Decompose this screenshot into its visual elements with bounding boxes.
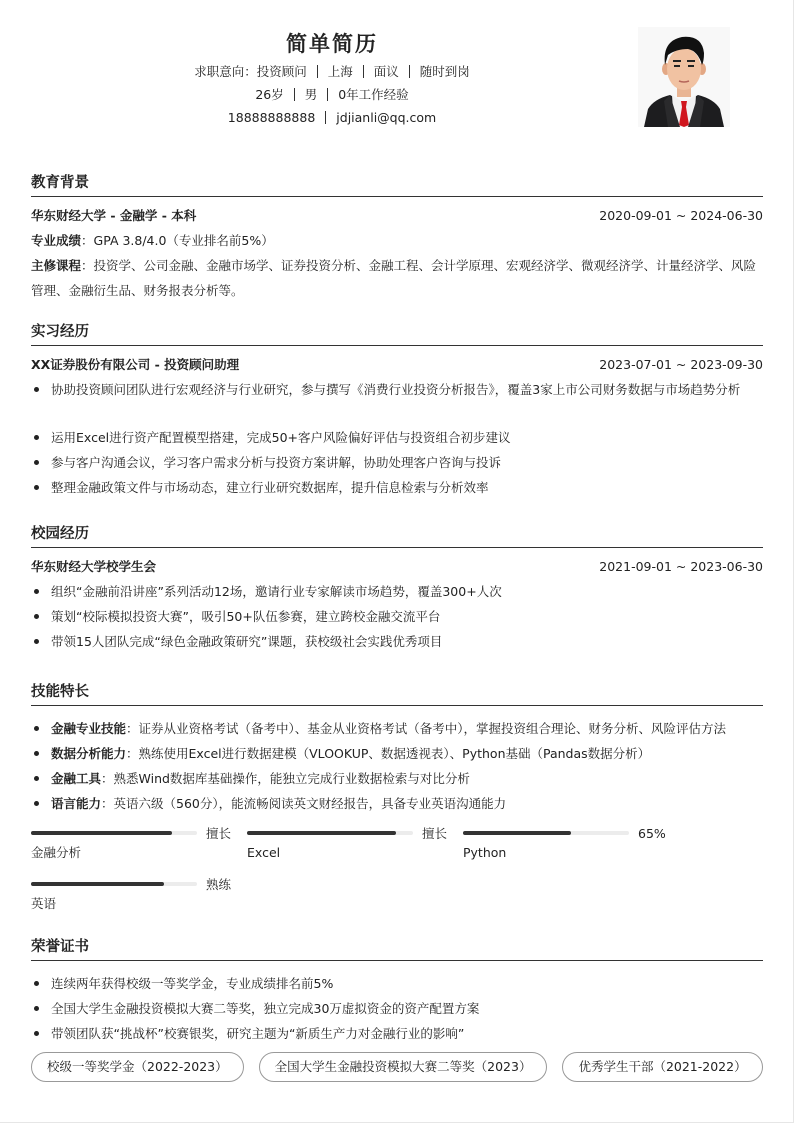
job-intent-city: 上海	[328, 60, 353, 83]
honors-section: 荣誉证书 连续两年获得校级一等奖学金，专业成绩排名前5% 全国大学生金融投资模拟…	[31, 935, 763, 1082]
divider	[409, 65, 410, 78]
education-heading: 华东财经大学 - 金融学 - 本科	[31, 203, 196, 228]
list-item: 金融工具：熟悉Wind数据库基础操作，能独立完成行业数据检索与对比分析	[31, 766, 763, 791]
section-title: 教育背景	[31, 171, 763, 197]
skill-label: 数据分析能力	[51, 746, 126, 761]
courses-value: ：投资学、公司金融、金融市场学、证券投资分析、金融工程、会计学原理、宏观经济学、…	[31, 258, 756, 298]
internship-entry-header: XX证券股份有限公司 - 投资顾问助理 2023-07-01 ~ 2023-09…	[31, 352, 763, 377]
resume-title: 简单简历	[0, 28, 664, 60]
section-title: 技能特长	[31, 680, 763, 706]
skill-label: 金融专业技能	[51, 721, 126, 736]
phone[interactable]: 18888888888	[228, 106, 315, 129]
job-intent-availability: 随时到岗	[420, 60, 470, 83]
list-item: 连续两年获得校级一等奖学金，专业成绩排名前5%	[31, 971, 763, 996]
list-item: 语言能力：英语六级（560分），能流畅阅读英文财经报告，具备专业英语沟通能力	[31, 791, 763, 816]
skill-bar-python: 65% Python	[463, 824, 679, 864]
skill-name: 金融分析	[31, 843, 247, 863]
honors-bullets: 连续两年获得校级一等奖学金，专业成绩排名前5% 全国大学生金融投资模拟大赛二等奖…	[31, 971, 763, 1046]
list-item: 金融专业技能：证券从业资格考试（备考中）、基金从业资格考试（备考中），掌握投资组…	[31, 716, 763, 741]
skill-text: ：熟练使用Excel进行数据建模（VLOOKUP、数据透视表）、Python基础…	[126, 746, 650, 761]
education-entry-header: 华东财经大学 - 金融学 - 本科 2020-09-01 ~ 2024-06-3…	[31, 203, 763, 228]
list-item: 协助投资顾问团队进行宏观经济与行业研究，参与撰写《消费行业投资分析报告》，覆盖3…	[31, 377, 763, 425]
internship-heading: XX证券股份有限公司 - 投资顾问助理	[31, 352, 239, 377]
resume-header: 简单简历 求职意向：投资顾问 上海 面议 随时到岗 26岁 男 0年工作经验 1…	[0, 28, 664, 129]
skill-name: Excel	[247, 843, 463, 863]
divider	[325, 111, 326, 124]
skill-name: 英语	[31, 894, 247, 914]
campus-bullets: 组织“金融前沿讲座”系列活动12场，邀请行业专家解读市场趋势，覆盖300+人次 …	[31, 579, 763, 654]
skill-label: 金融工具	[51, 771, 101, 786]
honor-tag: 优秀学生干部（2021-2022）	[562, 1052, 762, 1082]
skills-section: 技能特长 金融专业技能：证券从业资格考试（备考中）、基金从业资格考试（备考中），…	[31, 680, 763, 914]
resume-page: 简单简历 求职意向：投资顾问 上海 面议 随时到岗 26岁 男 0年工作经验 1…	[0, 0, 794, 1123]
progress-fill	[31, 882, 164, 886]
list-item: 组织“金融前沿讲座”系列活动12场，邀请行业专家解读市场趋势，覆盖300+人次	[31, 579, 763, 604]
skill-bars: 擅长 金融分析 擅长 Excel 65% Python 熟练 英语	[31, 824, 763, 914]
courses-line: 主修课程：投资学、公司金融、金融市场学、证券投资分析、金融工程、会计学原理、宏观…	[31, 253, 763, 303]
personal-info-line: 26岁 男 0年工作经验	[0, 83, 664, 106]
divider	[317, 65, 318, 78]
gpa-label: 专业成绩	[31, 233, 81, 248]
courses-label: 主修课程	[31, 258, 81, 273]
work-experience: 0年工作经验	[338, 83, 408, 106]
internship-bullets: 协助投资顾问团队进行宏观经济与行业研究，参与撰写《消费行业投资分析报告》，覆盖3…	[31, 377, 763, 500]
progress-fill	[31, 831, 172, 835]
section-title: 荣誉证书	[31, 935, 763, 961]
contact-line: 18888888888 jdjianli@qq.com	[0, 106, 664, 129]
list-item: 整理金融政策文件与市场动态，建立行业研究数据库，提升信息检索与分析效率	[31, 475, 763, 500]
honor-tag: 校级一等奖学金（2022-2023）	[31, 1052, 244, 1082]
avatar	[638, 27, 730, 127]
skill-text: ：证券从业资格考试（备考中）、基金从业资格考试（备考中），掌握投资组合理论、财务…	[126, 721, 726, 736]
person-portrait-icon	[638, 27, 730, 127]
education-date: 2020-09-01 ~ 2024-06-30	[599, 203, 763, 228]
skill-bar-english: 熟练 英语	[31, 875, 247, 915]
skill-text: ：英语六级（560分），能流畅阅读英文财经报告，具备专业英语沟通能力	[101, 796, 506, 811]
gpa-value: ：GPA 3.8/4.0（专业排名前5%）	[81, 233, 274, 248]
campus-section: 校园经历 华东财经大学校学生会 2021-09-01 ~ 2023-06-30 …	[31, 522, 763, 654]
skill-level: 熟练	[206, 875, 231, 893]
campus-date: 2021-09-01 ~ 2023-06-30	[599, 554, 763, 579]
campus-entry-header: 华东财经大学校学生会 2021-09-01 ~ 2023-06-30	[31, 554, 763, 579]
list-item: 数据分析能力：熟练使用Excel进行数据建模（VLOOKUP、数据透视表）、Py…	[31, 741, 763, 766]
email[interactable]: jdjianli@qq.com	[336, 106, 436, 129]
education-section: 教育背景 华东财经大学 - 金融学 - 本科 2020-09-01 ~ 2024…	[31, 171, 763, 303]
skills-bullets: 金融专业技能：证券从业资格考试（备考中）、基金从业资格考试（备考中），掌握投资组…	[31, 716, 763, 816]
progress-fill	[247, 831, 396, 835]
section-title: 校园经历	[31, 522, 763, 548]
section-title: 实习经历	[31, 320, 763, 346]
divider	[363, 65, 364, 78]
progress-track	[31, 831, 197, 835]
skill-level: 65%	[638, 826, 666, 841]
progress-track	[31, 882, 197, 886]
list-item: 策划“校际模拟投资大赛”，吸引50+队伍参赛，建立跨校金融交流平台	[31, 604, 763, 629]
skill-level: 擅长	[206, 824, 231, 842]
skill-bar-excel: 擅长 Excel	[247, 824, 463, 864]
divider	[294, 88, 295, 101]
list-item: 带领15人团队完成“绿色金融政策研究”课题，获校级社会实践优秀项目	[31, 629, 763, 654]
list-item: 参与客户沟通会议，学习客户需求分析与投资方案讲解，协助处理客户咨询与投诉	[31, 450, 763, 475]
age: 26岁	[255, 83, 283, 106]
job-intent-line: 求职意向：投资顾问 上海 面议 随时到岗	[0, 60, 664, 83]
skill-bar-finance: 擅长 金融分析	[31, 824, 247, 864]
job-intent-salary: 面议	[374, 60, 399, 83]
gender: 男	[305, 83, 318, 106]
job-intent-position: 求职意向：投资顾问	[194, 60, 307, 83]
internship-section: 实习经历 XX证券股份有限公司 - 投资顾问助理 2023-07-01 ~ 20…	[31, 320, 763, 500]
honor-tags: 校级一等奖学金（2022-2023） 全国大学生金融投资模拟大赛二等奖（2023…	[31, 1052, 763, 1082]
progress-track	[247, 831, 413, 835]
honor-tag: 全国大学生金融投资模拟大赛二等奖（2023）	[259, 1052, 548, 1082]
skill-name: Python	[463, 843, 679, 863]
list-item: 全国大学生金融投资模拟大赛二等奖，独立完成30万虚拟资金的资产配置方案	[31, 996, 763, 1021]
skill-text: ：熟悉Wind数据库基础操作，能独立完成行业数据检索与对比分析	[101, 771, 470, 786]
list-item: 运用Excel进行资产配置模型搭建，完成50+客户风险偏好评估与投资组合初步建议	[31, 425, 763, 450]
gpa-line: 专业成绩：GPA 3.8/4.0（专业排名前5%）	[31, 228, 763, 253]
internship-date: 2023-07-01 ~ 2023-09-30	[599, 352, 763, 377]
progress-track	[463, 831, 629, 835]
skill-level: 擅长	[422, 824, 447, 842]
progress-fill	[463, 831, 571, 835]
list-item: 带领团队获“挑战杯”校赛银奖，研究主题为“新质生产力对金融行业的影响”	[31, 1021, 763, 1046]
divider	[327, 88, 328, 101]
skill-label: 语言能力	[51, 796, 101, 811]
campus-heading: 华东财经大学校学生会	[31, 554, 156, 579]
